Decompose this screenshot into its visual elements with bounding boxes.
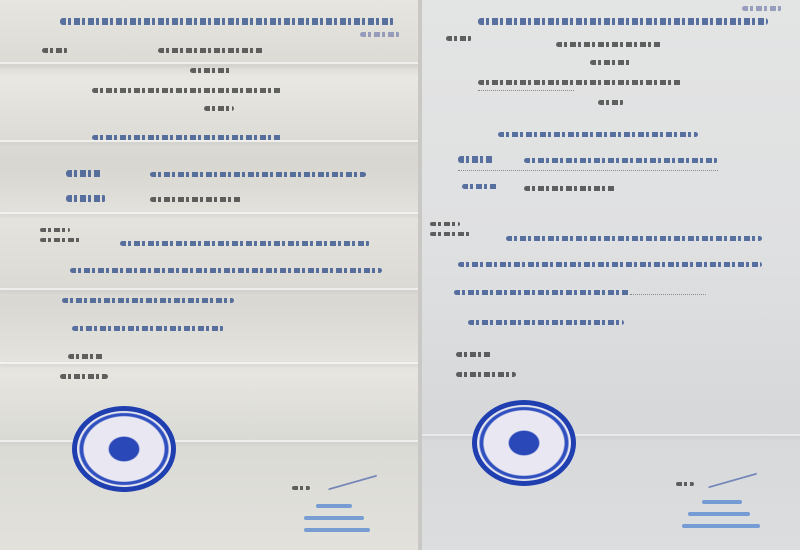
paper-fold xyxy=(0,288,420,290)
form-value xyxy=(524,158,718,163)
subheading-text xyxy=(158,48,264,53)
heading-text xyxy=(60,18,395,25)
signature-stamp-text xyxy=(304,516,364,520)
title-text xyxy=(590,60,632,65)
form-line xyxy=(454,290,630,295)
signature-mark xyxy=(328,456,379,491)
signature-stamp-text xyxy=(304,528,370,532)
title-text xyxy=(190,68,232,73)
form-label xyxy=(430,222,460,226)
fill-in-rule xyxy=(478,90,574,91)
reference-number xyxy=(742,6,782,11)
form-line xyxy=(92,135,282,140)
signature-mark xyxy=(708,454,759,489)
form-value xyxy=(66,195,106,202)
form-line xyxy=(120,241,370,246)
form-value xyxy=(458,156,494,163)
document-page-right xyxy=(422,0,800,550)
subheading-text xyxy=(556,42,662,47)
fill-in-rule xyxy=(630,294,706,295)
signature-stamp-text xyxy=(682,524,760,528)
closing-text xyxy=(68,354,104,359)
form-label xyxy=(40,238,80,242)
official-seal-stamp xyxy=(72,406,176,492)
signature-label xyxy=(292,486,310,490)
form-line xyxy=(62,298,234,303)
line-text xyxy=(204,106,234,111)
official-seal-stamp xyxy=(472,400,576,486)
form-value xyxy=(150,172,366,177)
form-line xyxy=(498,132,698,137)
form-value xyxy=(66,170,102,177)
form-label xyxy=(150,197,242,202)
form-line xyxy=(72,326,224,331)
signature-stamp-text xyxy=(702,500,742,504)
closing-text xyxy=(456,372,516,377)
reference-number xyxy=(360,32,400,37)
label-text xyxy=(42,48,68,53)
closing-text xyxy=(456,352,492,357)
paper-fold xyxy=(0,362,420,364)
line-text xyxy=(92,88,282,93)
document-page-left xyxy=(0,0,420,550)
form-value xyxy=(462,184,498,189)
paper-fold xyxy=(0,140,420,142)
signature-stamp-text xyxy=(688,512,750,516)
line-text xyxy=(598,100,624,105)
form-label xyxy=(430,232,470,236)
line-text xyxy=(478,80,682,85)
closing-text xyxy=(60,374,108,379)
form-line xyxy=(458,262,762,267)
heading-text xyxy=(478,18,768,25)
signature-stamp-text xyxy=(316,504,352,508)
form-line xyxy=(468,320,624,325)
form-line xyxy=(70,268,382,273)
paper-fold xyxy=(0,440,420,442)
form-label xyxy=(40,228,70,232)
label-text xyxy=(446,36,472,41)
paper-fold xyxy=(0,62,420,64)
form-line xyxy=(506,236,762,241)
fill-in-rule xyxy=(458,170,718,171)
form-label xyxy=(524,186,616,191)
paper-fold xyxy=(0,212,420,214)
signature-label xyxy=(676,482,694,486)
